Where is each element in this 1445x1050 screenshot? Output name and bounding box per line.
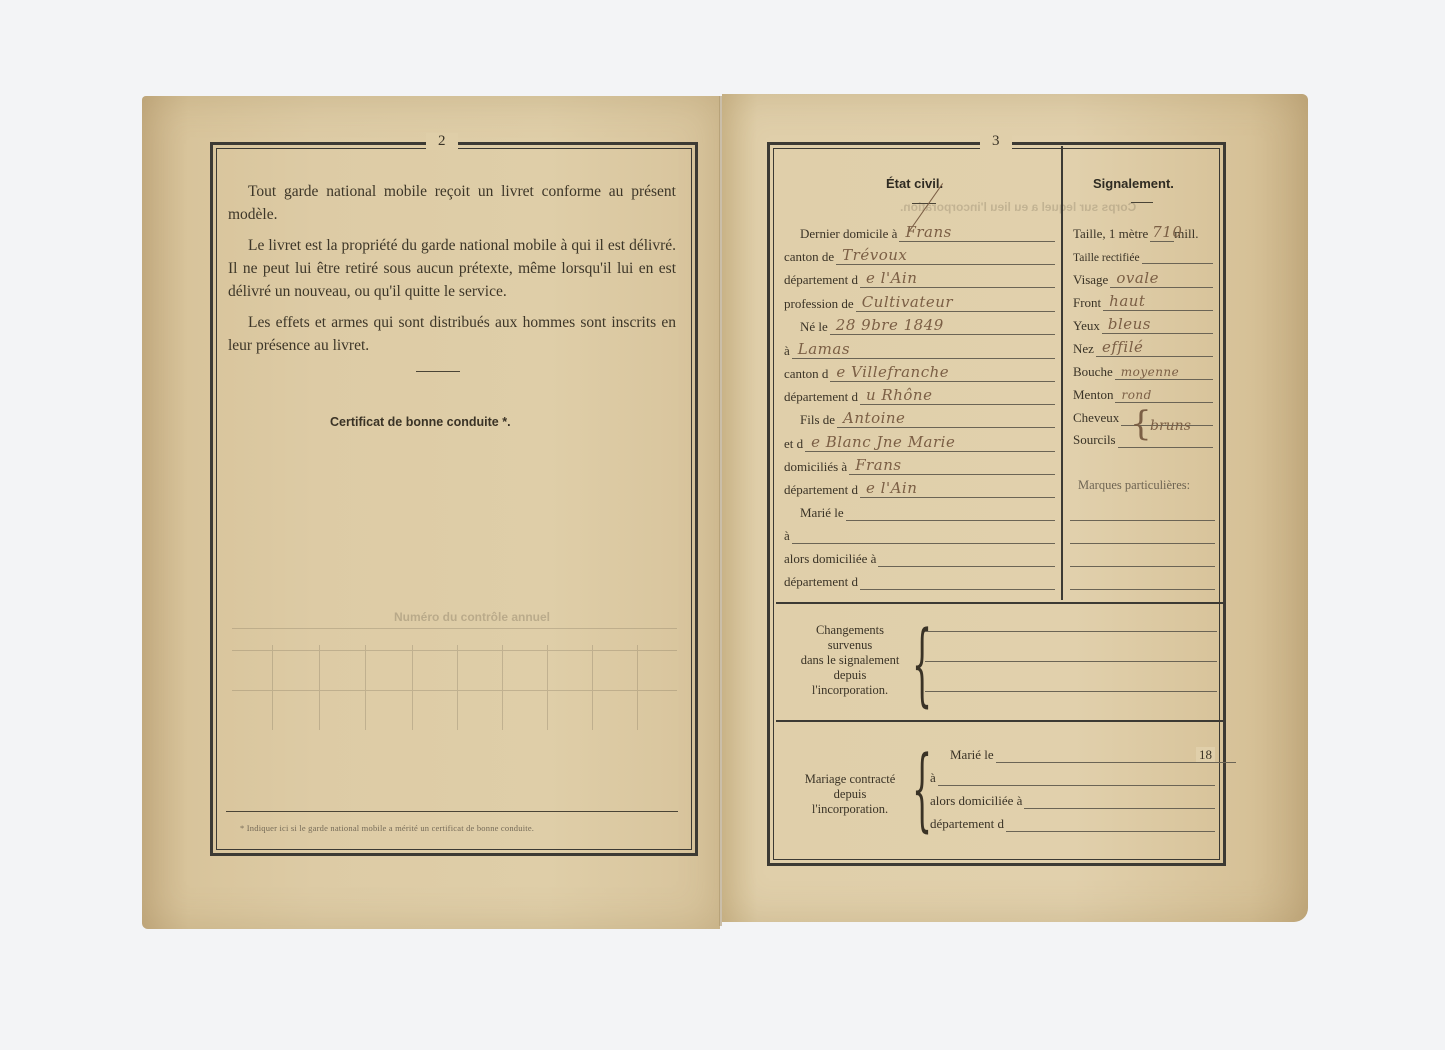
label: Dernier domicile à xyxy=(800,226,899,242)
page-number-left: 2 xyxy=(426,133,458,150)
bleed-through-table-title: Numéro du contrôle annuel xyxy=(272,610,672,624)
field-departement-mariage: département d xyxy=(784,574,1055,590)
handwritten-value: u Rhône xyxy=(866,386,932,404)
label: département d xyxy=(784,482,860,498)
label: Cheveux xyxy=(1073,410,1121,426)
handwritten-value: rond xyxy=(1121,388,1151,402)
label: profession de xyxy=(784,296,856,312)
paragraph-livret-conforme: Tout garde national mobile reçoit un liv… xyxy=(228,180,676,226)
label: département d xyxy=(784,389,860,405)
handwritten-value: bleus xyxy=(1108,315,1151,333)
label: Menton xyxy=(1073,387,1115,403)
field-taille-rectifiee: Taille rectifiée xyxy=(1073,249,1213,264)
field-dernier-domicile: Dernier domicile à Frans xyxy=(800,226,1055,242)
bleed-through-table: Numéro du contrôle annuel xyxy=(232,610,677,730)
field-alors-domiciliee: alors domiciliée à xyxy=(784,551,1055,567)
field-nez: Nez effilé xyxy=(1073,341,1213,357)
label: et d xyxy=(784,436,805,452)
field-mariage-date: Marié le 18 xyxy=(950,747,1215,763)
separator-rule xyxy=(416,371,460,372)
field-marie-le: Marié le xyxy=(800,505,1055,521)
field-mariage-lieu: à xyxy=(930,770,1215,786)
handwritten-value: 710 xyxy=(1152,223,1182,241)
label: département d xyxy=(784,272,860,288)
label: canton de xyxy=(784,249,836,265)
label: à xyxy=(784,343,792,359)
handwritten-value: ovale xyxy=(1116,269,1159,287)
label: Bouche xyxy=(1073,364,1115,380)
label: département d xyxy=(930,816,1006,832)
field-marie-a: à xyxy=(784,528,1055,544)
mariage-label: Mariage contracté depuis l'incorporation… xyxy=(780,772,920,817)
field-lieu-naissance: à Lamas xyxy=(784,343,1055,359)
label: alors domiciliée à xyxy=(930,793,1024,809)
label: à xyxy=(930,770,938,786)
field-visage: Visage ovale xyxy=(1073,272,1213,288)
footnote-rule xyxy=(226,811,678,812)
handwritten-value: e Villefranche xyxy=(836,363,949,381)
footnote: * Indiquer ici si le garde national mobi… xyxy=(240,823,670,833)
marques-particulieres-label: Marques particulières: xyxy=(1078,478,1190,493)
label: Visage xyxy=(1073,272,1110,288)
handwritten-brace: { xyxy=(1130,404,1152,444)
label: Marié le xyxy=(800,505,846,521)
handwritten-value: haut xyxy=(1109,292,1145,310)
field-departement: département d e l'Ain xyxy=(784,272,1055,288)
field-canton: canton de Trévoux xyxy=(784,249,1055,265)
page-number-right: 3 xyxy=(980,133,1012,150)
field-taille: Taille, 1 mètre 710 mill. xyxy=(1073,226,1213,242)
handwritten-value: e Blanc Jne Marie xyxy=(811,433,955,451)
field-domicilies: domiciliés à Frans xyxy=(784,459,1055,475)
label: Taille, 1 mètre xyxy=(1073,226,1150,242)
label: canton d xyxy=(784,366,830,382)
signalement-rule xyxy=(1131,202,1153,203)
handwritten-value: effilé xyxy=(1102,338,1143,356)
paragraph-effets-armes: Les effets et armes qui sont distribués … xyxy=(228,311,676,357)
handwritten-value: e l'Ain xyxy=(866,479,917,497)
section-divider xyxy=(776,602,1224,604)
field-ne-le: Né le 28 9bre 1849 xyxy=(800,319,1055,335)
label: Front xyxy=(1073,295,1103,311)
handwritten-value: Frans xyxy=(855,456,901,474)
section-divider xyxy=(776,720,1224,722)
handwritten-value: Antoine xyxy=(843,409,905,427)
label: Nez xyxy=(1073,341,1096,357)
field-bouche: Bouche moyenne xyxy=(1073,364,1213,380)
field-profession: profession de Cultivateur xyxy=(784,296,1055,312)
brace-icon: { xyxy=(912,620,932,710)
changements-label: Changements survenus dans le signalement… xyxy=(780,623,920,698)
handwritten-value: 28 9bre 1849 xyxy=(836,316,944,334)
field-departement-naissance: département d u Rhône xyxy=(784,389,1055,405)
signalement-title: Signalement. xyxy=(1093,176,1174,191)
field-fils-de: Fils de Antoine xyxy=(800,412,1055,428)
field-front: Front haut xyxy=(1073,295,1213,311)
field-departement-parents: département d e l'Ain xyxy=(784,482,1055,498)
field-canton-naissance: canton d e Villefranche xyxy=(784,366,1055,382)
label: Sourcils xyxy=(1073,432,1118,448)
etat-civil-title: État civil. xyxy=(886,176,943,191)
column-divider xyxy=(1061,146,1063,600)
handwritten-value: Trévoux xyxy=(842,246,907,264)
field-et-de: et d e Blanc Jne Marie xyxy=(784,436,1055,452)
etat-civil-rule xyxy=(912,203,936,204)
field-mariage-domicile: alors domiciliée à xyxy=(930,793,1215,809)
label: Taille rectifiée xyxy=(1073,252,1142,264)
label: Marié le xyxy=(950,747,996,763)
label: domiciliés à xyxy=(784,459,849,475)
handwritten-value: Cultivateur xyxy=(862,293,953,311)
label: Yeux xyxy=(1073,318,1102,334)
hair-brows-value: bruns xyxy=(1150,418,1191,434)
label: à xyxy=(784,528,792,544)
label: Fils de xyxy=(800,412,837,428)
paragraph-livret-propriete: Le livret est la propriété du garde nati… xyxy=(228,234,676,303)
book-spine xyxy=(719,96,722,926)
certificate-title: Certificat de bonne conduite *. xyxy=(330,415,511,429)
left-page-body: Tout garde national mobile reçoit un liv… xyxy=(228,180,676,365)
label: alors domiciliée à xyxy=(784,551,878,567)
label: département d xyxy=(784,574,860,590)
field-menton: Menton rond xyxy=(1073,387,1213,403)
field-yeux: Yeux bleus xyxy=(1073,318,1213,334)
handwritten-value: e l'Ain xyxy=(866,269,917,287)
handwritten-value: Lamas xyxy=(798,340,850,358)
handwritten-value: moyenne xyxy=(1121,365,1180,379)
field-mariage-departement: département d xyxy=(930,816,1215,832)
handwritten-value: Frans xyxy=(905,223,951,241)
label: Né le xyxy=(800,319,830,335)
